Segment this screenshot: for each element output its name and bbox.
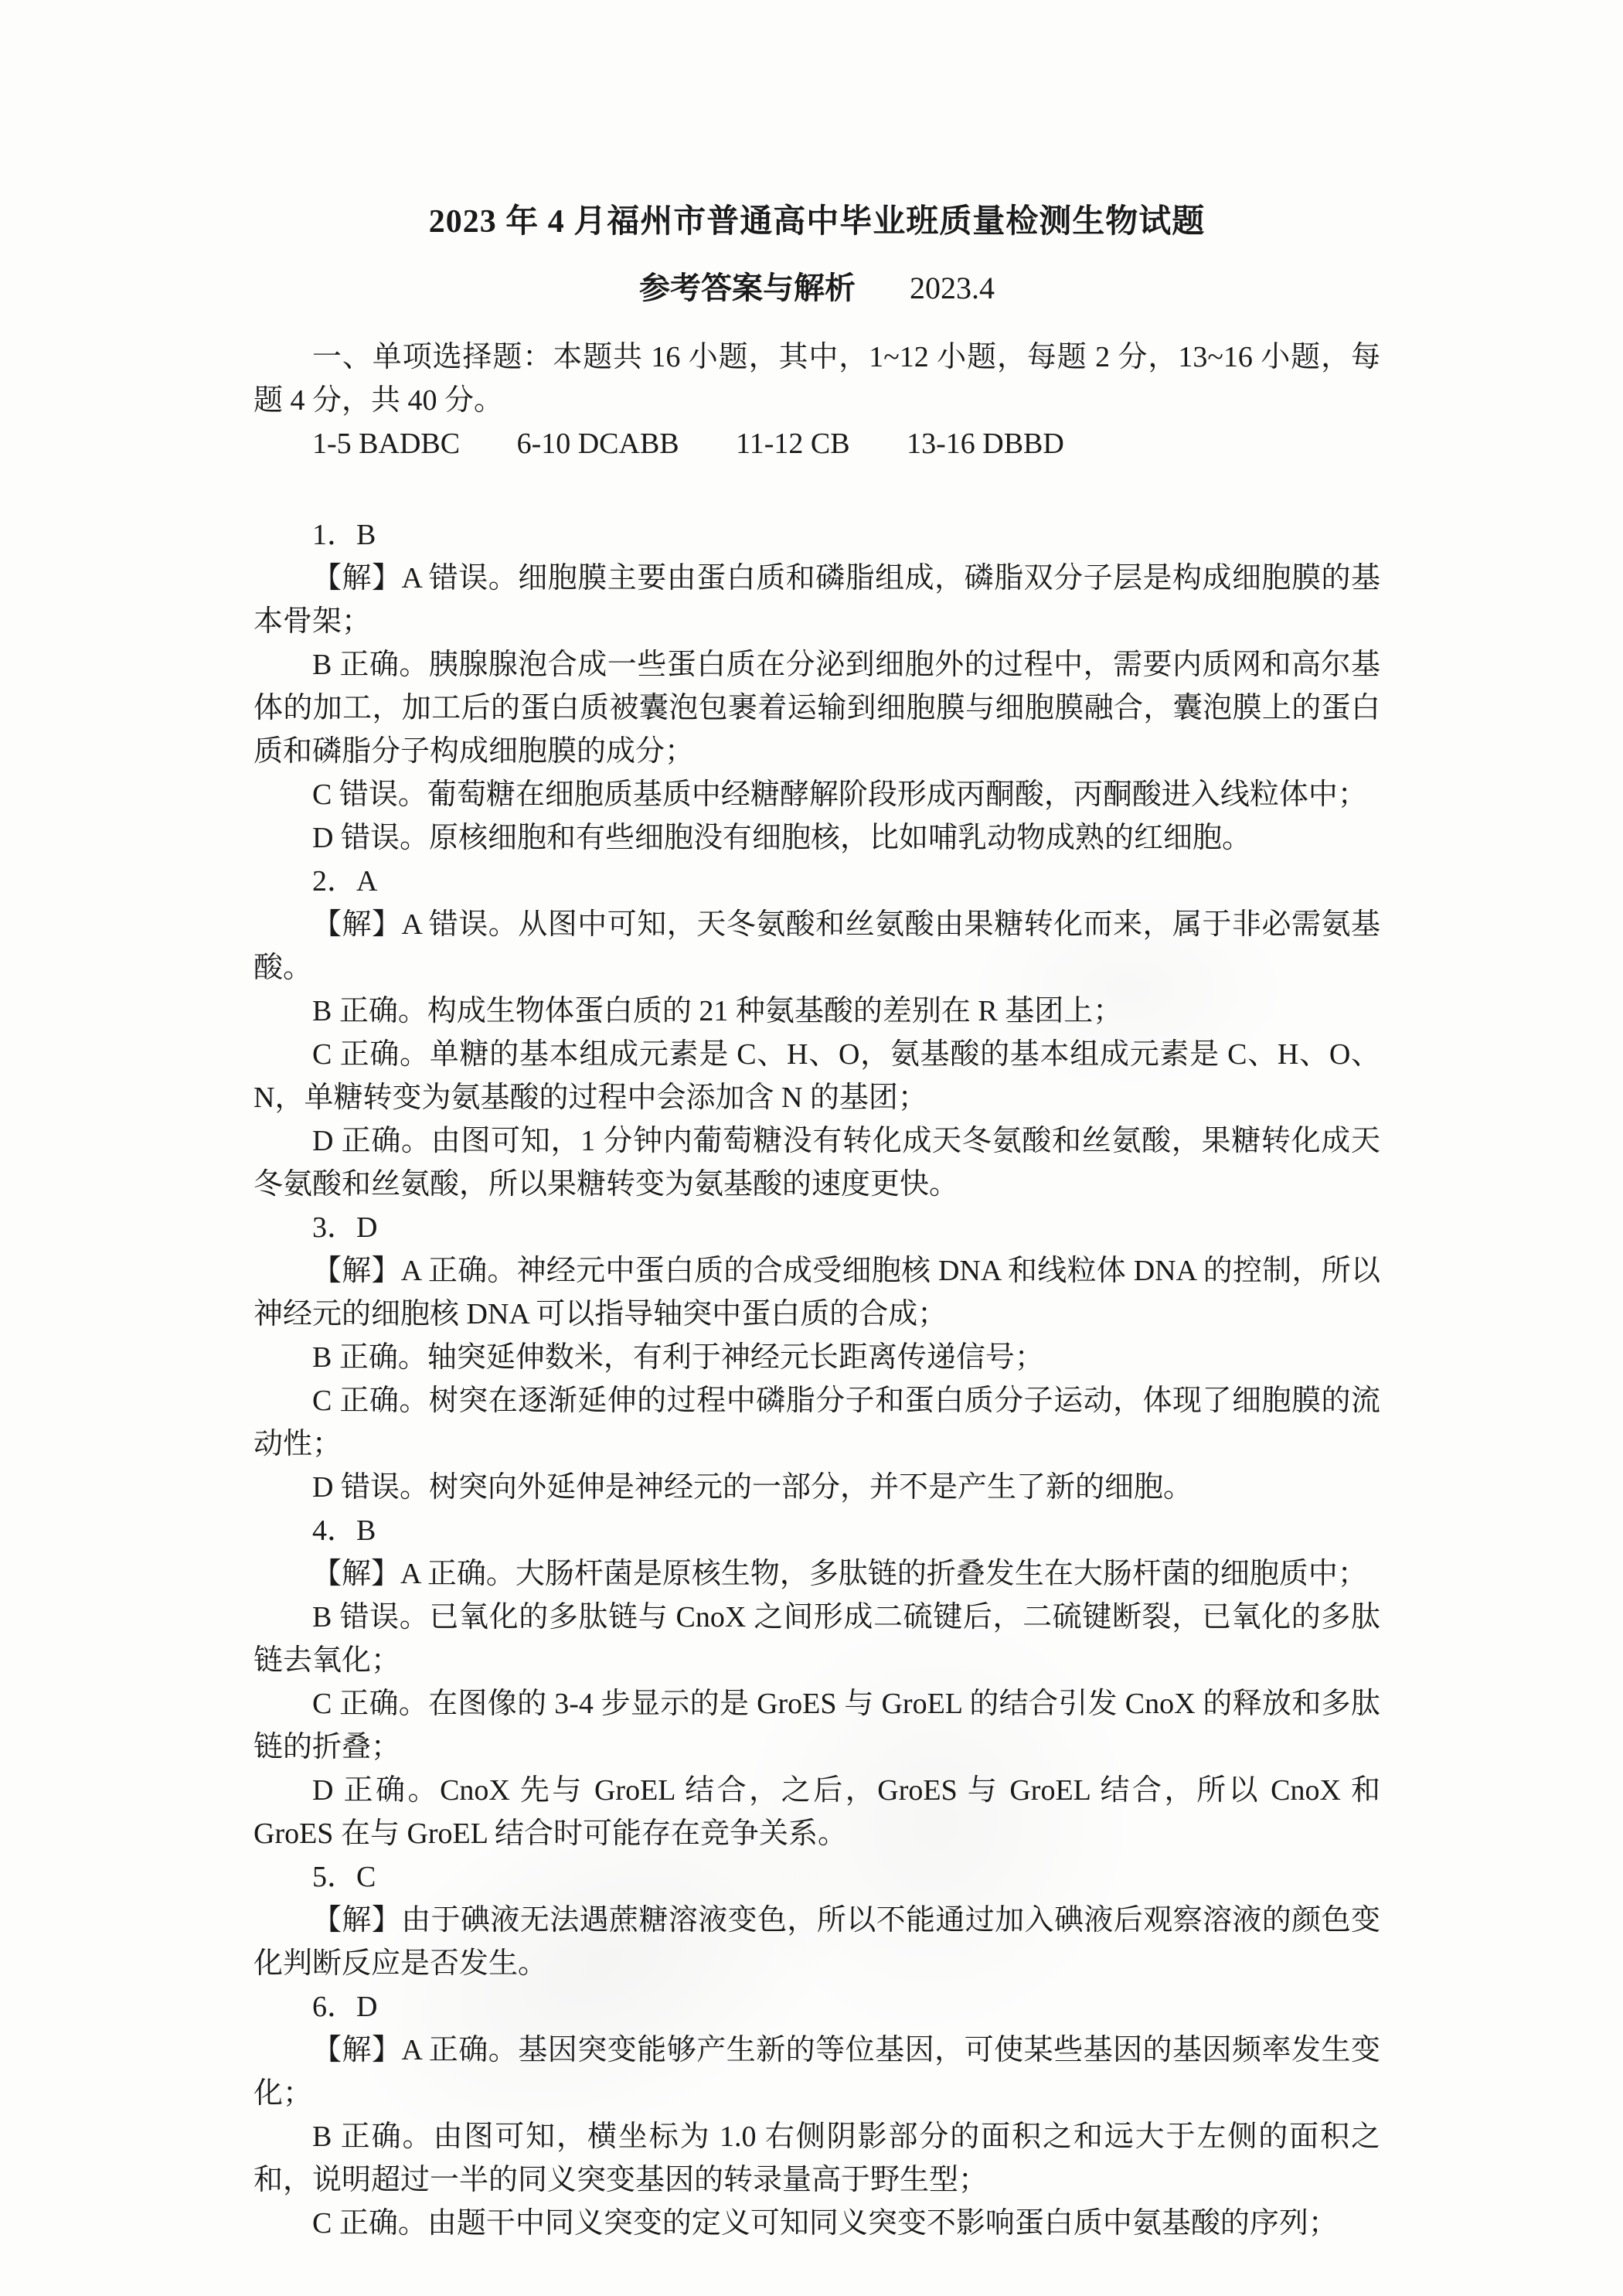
solution-paragraph: B 正确。构成生物体蛋白质的 21 种氨基酸的差别在 R 基团上； — [253, 990, 1380, 1033]
document-date: 2023.4 — [910, 271, 995, 305]
solution-paragraph: B 正确。轴突延伸数米，有利于神经元长距离传递信号； — [253, 1336, 1380, 1379]
solution-paragraph: D 错误。原核细胞和有些细胞没有细胞核，比如哺乳动物成熟的红细胞。 — [253, 816, 1380, 860]
solution-number: 6．D — [253, 1985, 1380, 2029]
solution-paragraph: C 正确。单糖的基本组成元素是 C、H、O，氨基酸的基本组成元素是 C、H、O、… — [253, 1033, 1380, 1119]
solution-number: 3．D — [253, 1206, 1380, 1249]
solution-paragraph: 【解】A 正确。大肠杆菌是原核生物，多肽链的折叠发生在大肠杆菌的细胞质中； — [253, 1552, 1380, 1596]
section-heading: 一、单项选择题：本题共 16 小题，其中，1~12 小题，每题 2 分，13~1… — [253, 336, 1380, 422]
solution-number: 4．B — [253, 1509, 1380, 1552]
document-content: 2023 年 4 月福州市普通高中毕业班质量检测生物试题 参考答案与解析2023… — [253, 203, 1380, 2245]
solution-paragraph: C 正确。树突在逐渐延伸的过程中磷脂分子和蛋白质分子运动，体现了细胞膜的流动性； — [253, 1379, 1380, 1466]
solution-paragraph: D 错误。树突向外延伸是神经元的一部分，并不是产生了新的细胞。 — [253, 1466, 1380, 1509]
solution-block-2: 2．A 【解】A 错误。从图中可知，天冬氨酸和丝氨酸由果糖转化而来，属于非必需氨… — [253, 860, 1380, 1206]
document-page: 2023 年 4 月福州市普通高中毕业班质量检测生物试题 参考答案与解析2023… — [0, 0, 1623, 2296]
answer-key-group: 1-5 BADBC — [312, 428, 460, 460]
answer-key-group: 11-12 CB — [736, 428, 849, 460]
solution-paragraph: C 正确。由题干中同义突变的定义可知同义突变不影响蛋白质中氨基酸的序列； — [253, 2202, 1380, 2245]
solution-paragraph: 【解】由于碘液无法遇蔗糖溶液变色，所以不能通过加入碘液后观察溶液的颜色变化判断反… — [253, 1899, 1380, 1985]
solution-block-3: 3．D 【解】A 正确。神经元中蛋白质的合成受细胞核 DNA 和线粒体 DNA … — [253, 1206, 1380, 1509]
solution-paragraph: 【解】A 错误。细胞膜主要由蛋白质和磷脂组成，磷脂双分子层是构成细胞膜的基本骨架… — [253, 557, 1380, 643]
solution-paragraph: B 错误。已氧化的多肽链与 CnoX 之间形成二硫键后，二硫键断裂，已氧化的多肽… — [253, 1596, 1380, 1682]
solution-block-1: 1．B 【解】A 错误。细胞膜主要由蛋白质和磷脂组成，磷脂双分子层是构成细胞膜的… — [253, 513, 1380, 860]
solution-paragraph: 【解】A 正确。基因突变能够产生新的等位基因，可使某些基因的基因频率发生变化； — [253, 2029, 1380, 2115]
solution-paragraph: C 错误。葡萄糖在细胞质基质中经糖酵解阶段形成丙酮酸，丙酮酸进入线粒体中； — [253, 773, 1380, 816]
solution-number: 5．C — [253, 1855, 1380, 1899]
solution-paragraph: D 正确。由图可知，1 分钟内葡萄糖没有转化成天冬氨酸和丝氨酸，果糖转化成天冬氨… — [253, 1119, 1380, 1206]
answer-key-group: 13-16 DBBD — [907, 428, 1064, 460]
document-title: 2023 年 4 月福州市普通高中毕业班质量检测生物试题 — [253, 203, 1380, 241]
solution-paragraph: B 正确。胰腺腺泡合成一些蛋白质在分泌到细胞外的过程中，需要内质网和高尔基体的加… — [253, 643, 1380, 773]
solution-number: 1．B — [253, 513, 1380, 557]
solution-number: 2．A — [253, 860, 1380, 903]
solution-paragraph: 【解】A 错误。从图中可知，天冬氨酸和丝氨酸由果糖转化而来，属于非必需氨基酸。 — [253, 903, 1380, 990]
document-body: 一、单项选择题：本题共 16 小题，其中，1~12 小题，每题 2 分，13~1… — [253, 336, 1380, 2245]
solution-block-5: 5．C 【解】由于碘液无法遇蔗糖溶液变色，所以不能通过加入碘液后观察溶液的颜色变… — [253, 1855, 1380, 1985]
solution-paragraph: 【解】A 正确。神经元中蛋白质的合成受细胞核 DNA 和线粒体 DNA 的控制，… — [253, 1249, 1380, 1336]
solution-paragraph: D 正确。CnoX 先与 GroEL 结合，之后，GroES 与 GroEL 结… — [253, 1769, 1380, 1855]
answer-key-row: 1-5 BADBC 6-10 DCABB 11-12 CB 13-16 DBBD — [253, 422, 1380, 465]
solution-paragraph: C 正确。在图像的 3-4 步显示的是 GroES 与 GroEL 的结合引发 … — [253, 1682, 1380, 1769]
solution-block-4: 4．B 【解】A 正确。大肠杆菌是原核生物，多肽链的折叠发生在大肠杆菌的细胞质中… — [253, 1509, 1380, 1855]
document-subtitle: 参考答案与解析 — [639, 271, 856, 305]
answer-key-group: 6-10 DCABB — [517, 428, 679, 460]
document-subtitle-row: 参考答案与解析2023.4 — [253, 269, 1380, 308]
solution-block-6: 6．D 【解】A 正确。基因突变能够产生新的等位基因，可使某些基因的基因频率发生… — [253, 1985, 1380, 2245]
solution-paragraph: B 正确。由图可知，横坐标为 1.0 右侧阴影部分的面积之和远大于左侧的面积之和… — [253, 2115, 1380, 2202]
